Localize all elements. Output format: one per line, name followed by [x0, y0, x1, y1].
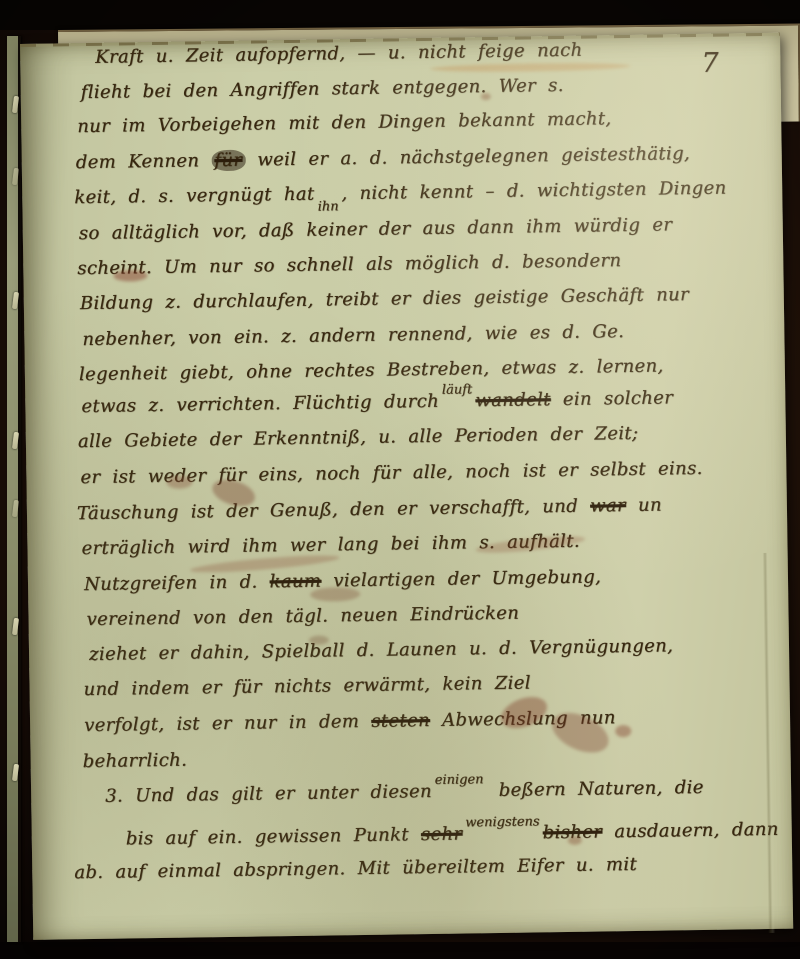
handwritten-text: nur im Vorbeigehen mit den Dingen bekann… [77, 108, 612, 137]
handwritten-text: alle Gebiete der Erkenntniß, u. alle Per… [78, 423, 639, 452]
manuscript-line: und indem er für nichts erwärmt, kein Zi… [83, 668, 531, 705]
manuscript-scan: 7 Kraft u. Zeit aufopfernd, — u. nicht f… [0, 0, 800, 959]
manuscript-line: ziehet er dahin, Spielball d. Launen u. … [89, 631, 674, 670]
handwritten-text: Abwechslung nun [430, 707, 616, 731]
manuscript: Kraft u. Zeit aufopfernd, — u. nicht fei… [20, 33, 793, 940]
manuscript-line: vereinend von den tägl. neuen Eindrücken [86, 599, 519, 635]
handwritten-text: nebenher, von ein. z. andern rennend, wi… [82, 321, 624, 350]
inserted-word: wenigstens [465, 814, 540, 830]
manuscript-line: beharrlich. [82, 746, 187, 778]
handwritten-text: ein solcher [551, 387, 674, 410]
struck-word: sehr [421, 824, 463, 846]
manuscript-line: nebenher, von ein. z. andern rennend, wi… [82, 317, 624, 355]
struck-word: steten [371, 710, 430, 732]
handwritten-text: und indem er für nichts erwärmt, kein Zi… [83, 672, 531, 700]
handwritten-text: flieht bei den Angriffen stark entgegen.… [81, 75, 564, 103]
handwritten-text: beßern Naturen, die [487, 777, 704, 801]
handwritten-text: vielartigen der Umgebung, [321, 566, 601, 591]
manuscript-line: erträglich wird ihm wer lang bei ihm s. … [81, 527, 580, 564]
handwritten-text: vereinend von den tägl. neuen Eindrücken [86, 603, 519, 630]
handwritten-text: erträglich wird ihm wer lang bei ihm s. … [81, 531, 580, 559]
handwritten-text: weil er a. d. nächstgelegnen geistesthät… [245, 143, 690, 171]
manuscript-line: 3. Und das gilt er unter dieseneinigen b… [105, 773, 704, 812]
manuscript-line: Bildung z. durchlaufen, treibt er dies g… [80, 280, 690, 319]
handwritten-text: etwas z. verrichten. Flüchtig durch [81, 391, 439, 417]
manuscript-line: er ist weder für eins, noch für alle, no… [80, 454, 703, 493]
manuscript-line: Täuschung ist der Genuß, den er verschaf… [77, 491, 662, 530]
manuscript-line: flieht bei den Angriffen stark entgegen.… [81, 71, 564, 108]
manuscript-line: scheint. Um nur so schnell als möglich d… [77, 246, 621, 284]
handwritten-text: bis auf ein. gewissen Punkt [126, 824, 421, 849]
handwritten-text: keit, d. s. vergnügt hat [74, 184, 315, 209]
handwritten-text: Kraft u. Zeit aufopfernd, — u. nicht fei… [95, 40, 583, 68]
handwritten-text: 3. Und das gilt er unter diesen [105, 781, 432, 807]
handwritten-text: , nicht kennt – d. wichtigsten Dingen [341, 178, 726, 205]
handwritten-text: so alltäglich vor, daß keiner der aus da… [79, 214, 673, 244]
handwritten-text: ziehet er dahin, Spielball d. Launen u. … [89, 635, 673, 665]
manuscript-line: ab. auf einmal abspringen. Mit übereilte… [74, 850, 637, 888]
manuscript-line: alle Gebiete der Erkenntniß, u. alle Per… [78, 419, 639, 457]
handwritten-text: legenheit giebt, ohne rechtes Bestreben,… [79, 355, 664, 385]
handwritten-text: scheint. Um nur so schnell als möglich d… [77, 250, 621, 279]
handwritten-text: Täuschung ist der Genuß, den er verschaf… [77, 496, 590, 525]
struck-word: kaum [269, 571, 321, 593]
manuscript-line: so alltäglich vor, daß keiner der aus da… [79, 210, 673, 249]
handwritten-text: ab. auf einmal abspringen. Mit übereilte… [74, 854, 637, 883]
manuscript-line: Nutzgreifen in d. kaum vielartigen der U… [84, 562, 601, 600]
struck-word: wandelt [475, 389, 551, 411]
manuscript-line: verfolgt, ist er nur in dem steten Abwec… [84, 703, 616, 741]
handwritten-text: verfolgt, ist er nur in dem [84, 711, 371, 736]
handwritten-text: Bildung z. durchlaufen, treibt er dies g… [80, 284, 689, 314]
scan-bottom-shadow [0, 942, 800, 959]
handwritten-text: ausdauern, dann [602, 819, 779, 843]
struck-word: war [590, 495, 626, 517]
handwritten-text: dem Kennen [76, 150, 212, 173]
manuscript-line: dem Kennen für weil er a. d. nächstgeleg… [76, 139, 691, 178]
handwritten-text: Nutzgreifen in d. [84, 571, 270, 595]
inserted-word: einigen [435, 772, 484, 788]
manuscript-line: etwas z. verrichten. Flüchtig durchläuft… [81, 383, 673, 422]
inserted-word: läuft [442, 382, 473, 397]
handwritten-text: er ist weder für eins, noch für alle, no… [80, 458, 703, 488]
inserted-word: ihn [318, 199, 339, 214]
struck-word: bisher [543, 821, 603, 843]
struck-word: für [211, 150, 245, 172]
manuscript-line: keit, d. s. vergnügt hatihn, nicht kennt… [74, 174, 727, 214]
manuscript-line: Kraft u. Zeit aufopfernd, — u. nicht fei… [95, 36, 583, 73]
manuscript-page: 7 Kraft u. Zeit aufopfernd, — u. nicht f… [20, 33, 793, 940]
handwritten-text: beharrlich. [82, 750, 187, 773]
handwritten-text: un [626, 495, 662, 517]
manuscript-line: nur im Vorbeigehen mit den Dingen bekann… [77, 104, 612, 142]
manuscript-line: bis auf ein. gewissen Punkt sehrwenigste… [126, 815, 779, 855]
